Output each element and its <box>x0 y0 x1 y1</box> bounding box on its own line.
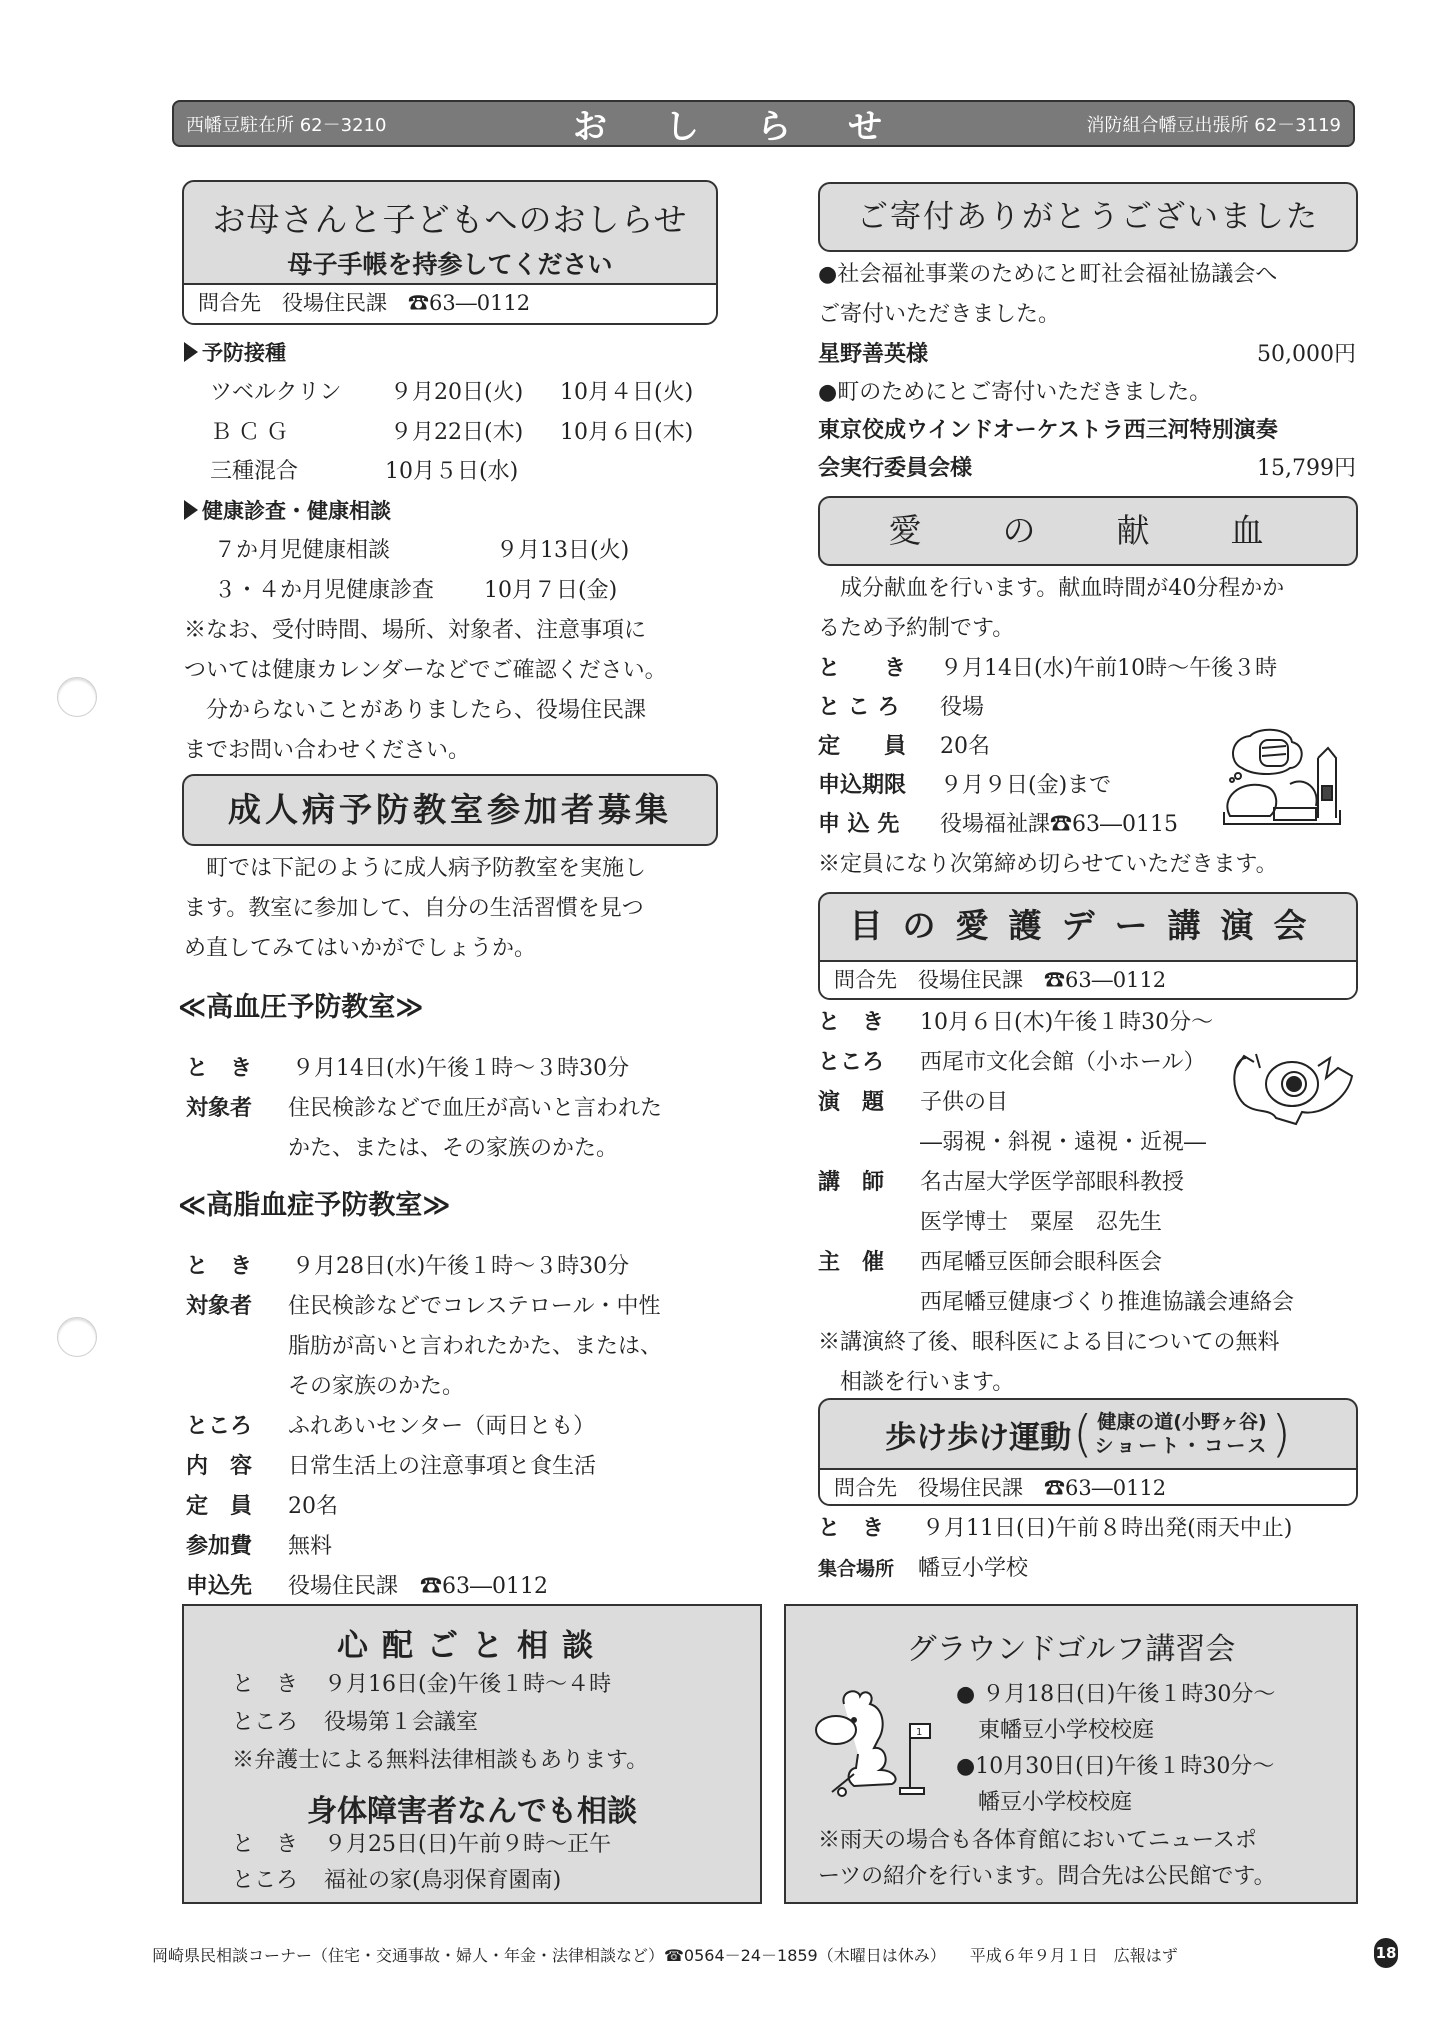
disabled-place: ところ福祉の家(鳥羽保育園南) <box>232 1870 561 1892</box>
eye-row: 西尾幡豆健康づくり推進協議会連絡会 <box>920 1292 1294 1314</box>
walking-title-row: 歩け歩け運動 ( 健康の道(小野ヶ谷) ショート・コース ) <box>820 1400 1356 1468</box>
hypertension-when: と き９月14日(水)午後１時～３時30分 <box>186 1058 629 1080</box>
donation-heading-box: ご寄付ありがとうございました <box>818 182 1358 252</box>
eye-row: ―弱視・斜視・遠視・近視― <box>920 1132 1206 1154</box>
detail-capacity: 定 員20名 <box>186 1496 338 1518</box>
blood-title: 愛 の 献 血 <box>820 498 1356 564</box>
ground-golf-box: グラウンドゴルフ講習会 ● ９月18日(日)午後１時30分～ 東幡豆小学校校庭 … <box>784 1604 1358 1904</box>
eye-note: ※講演終了後、眼科医による目についての無料 <box>818 1332 1280 1354</box>
note-line: 分からないことがありましたら、役場住民課 <box>184 700 646 722</box>
triangle-bullet-icon <box>184 500 198 520</box>
disabled-when: と き９月25日(日)午前９時～正午 <box>232 1834 611 1856</box>
walking-when: と き９月11日(日)午前８時出発(雨天中止) <box>818 1518 1292 1540</box>
ground-golf-place: 東幡豆小学校校庭 <box>978 1720 1154 1742</box>
adult-disease-title: 成人病予防教室参加者募集 <box>184 776 716 844</box>
consultation-box: 心配ごと相談 と き９月16日(金)午後１時～４時 ところ役場第１会議室 ※弁護… <box>182 1604 762 1904</box>
blood-intro: 成分献血を行います。献血時間が40分程かか <box>818 578 1284 600</box>
eye-row: 医学博士 粟屋 忍先生 <box>920 1212 1162 1234</box>
note-line: までお問い合わせください。 <box>184 740 470 762</box>
ground-golf-title: グラウンドゴルフ講習会 <box>786 1624 1356 1668</box>
sleeping-bear-illustration <box>1220 728 1344 826</box>
detail-content: 内 容日常生活上の注意事項と食生活 <box>186 1456 596 1478</box>
blood-row-deadline: 申込期限９月９日(金)まで <box>818 775 1111 797</box>
triangle-bullet-icon <box>184 342 198 362</box>
detail-apply: 申込先役場住民課 ☎63―0112 <box>186 1576 548 1598</box>
walking-close-paren: ) <box>1271 1405 1291 1463</box>
eye-note: 相談を行います。 <box>818 1372 1014 1394</box>
blood-row-apply: 申 込 先役場福祉課☎63―0115 <box>818 814 1178 836</box>
ground-golf-place: 幡豆小学校校庭 <box>978 1792 1132 1814</box>
header-fire-station: 消防組合幡豆出張所 62－3119 <box>1087 111 1341 137</box>
donor-row: 星野善英様50,000円 <box>818 344 1356 366</box>
hyperlipidemia-heading: ≪高脂血症予防教室≫ <box>178 1192 451 1219</box>
mother-child-heading-box: お母さんと子どもへのおしらせ 母子手帳を持参してください 問合先 役場住民課 ☎… <box>182 180 718 325</box>
ground-golf-date: ●10月30日(日)午後１時30分～ <box>956 1756 1274 1778</box>
disabled-consultation-title: 身体障害者なんでも相談 <box>184 1786 760 1830</box>
detail-place: ところふれあいセンター（両日とも） <box>186 1416 595 1438</box>
checkup-row: ３・４か月児健康診査10月７日(金) <box>214 580 617 602</box>
checkup-row: ７か月児健康相談９月13日(火) <box>214 540 629 562</box>
eye-row: と き10月６日(木)午後１時30分～ <box>818 1012 1213 1034</box>
eye-row: 主 催西尾幡豆医師会眼科医会 <box>818 1252 1162 1274</box>
header-bar: 西幡豆駐在所 62－3210 おしらせ 消防組合幡豆出張所 62－3119 <box>172 100 1355 147</box>
hypertension-target: 対象者住民検診などで血圧が高いと言われた <box>186 1098 662 1120</box>
donation-title: ご寄付ありがとうございました <box>820 184 1356 250</box>
checkup-heading: 健康診査・健康相談 <box>184 500 391 522</box>
walking-heading-box: 歩け歩け運動 ( 健康の道(小野ヶ谷) ショート・コース ) 問合先 役場住民課… <box>818 1398 1358 1506</box>
page-title: おしらせ <box>573 99 940 148</box>
hypertension-heading: ≪高血圧予防教室≫ <box>178 994 424 1021</box>
ground-golf-note: ※雨天の場合も各体育館においてニュースポ <box>818 1830 1257 1852</box>
bird-golfer-illustration: 1 <box>814 1684 932 1800</box>
note-line: ※なお、受付時間、場所、対象者、注意事項に <box>184 620 646 642</box>
eye-row: 講 師名古屋大学医学部眼科教授 <box>818 1172 1184 1194</box>
donation-line: ●社会福祉事業のためにと町社会福祉協議会へ <box>818 264 1277 286</box>
consultation-note: ※弁護士による無料法律相談もあります。 <box>232 1750 648 1772</box>
hyperlipidemia-when: と き９月28日(水)午後１時～３時30分 <box>186 1256 629 1278</box>
walking-title: 歩け歩け運動 <box>885 1412 1071 1457</box>
hyperlipidemia-target-cont: その家族のかた。 <box>288 1376 464 1398</box>
eye-row: ところ西尾市文化会館（小ホール） <box>818 1052 1206 1074</box>
mother-child-title: お母さんと子どもへのおしらせ <box>184 194 716 241</box>
donor-row: 会実行委員会様15,799円 <box>818 458 1356 480</box>
consultation-place: ところ役場第１会議室 <box>232 1712 478 1734</box>
blood-row-place: と こ ろ役場 <box>818 697 984 719</box>
punch-hole-lower <box>57 1317 97 1357</box>
eye-row: 演 題子供の目 <box>818 1092 1008 1114</box>
hyperlipidemia-target-cont: 脂肪が高いと言われたかた、または、 <box>288 1336 662 1358</box>
punch-hole-upper <box>57 677 97 717</box>
donation-line: ●町のためにとご寄付いただきました。 <box>818 382 1211 404</box>
adult-disease-heading-box: 成人病予防教室参加者募集 <box>182 774 718 846</box>
vaccination-row: ＢＣＧ９月22日(木)10月６日(木) <box>210 422 693 444</box>
blood-heading-box: 愛 の 献 血 <box>818 496 1358 566</box>
consultation-title: 心配ごと相談 <box>184 1620 760 1665</box>
donor-name: 東京佼成ウインドオーケストラ西三河特別演奏 <box>818 420 1278 442</box>
intro-line: め直してみてはいかがでしょうか。 <box>184 938 536 960</box>
walking-subtitle: 健康の道(小野ヶ谷) ショート・コース <box>1095 1410 1270 1458</box>
consultation-when: と き９月16日(金)午後１時～４時 <box>232 1674 611 1696</box>
note-line: ついては健康カレンダーなどでご確認ください。 <box>184 660 667 682</box>
eye-hands-illustration <box>1226 1048 1356 1128</box>
hypertension-target-cont: かた、または、その家族のかた。 <box>288 1138 618 1160</box>
ground-golf-note: ーツの紹介を行います。問合先は公民館です。 <box>818 1866 1276 1888</box>
header-police-box: 西幡豆駐在所 62－3210 <box>186 111 386 137</box>
eye-contact: 問合先 役場住民課 ☎63―0112 <box>820 960 1356 1000</box>
intro-line: ます。教室に参加して、自分の生活習慣を見つ <box>184 898 644 920</box>
walking-contact: 問合先 役場住民課 ☎63―0112 <box>820 1468 1356 1506</box>
intro-line: 町では下記のように成人病予防教室を実施し <box>184 858 646 880</box>
page-number: 18 <box>1374 1938 1398 1968</box>
vaccination-row: ツベルクリン９月20日(火)10月４日(火) <box>210 382 693 404</box>
eye-title: 目の愛護デー講演会 <box>820 894 1356 960</box>
blood-row-when: と き９月14日(水)午前10時～午後３時 <box>818 658 1277 680</box>
walking-meeting-place: 集合場所幡豆小学校 <box>818 1558 1028 1580</box>
eye-heading-box: 目の愛護デー講演会 問合先 役場住民課 ☎63―0112 <box>818 892 1358 1000</box>
vaccination-heading: 予防接種 <box>184 342 286 364</box>
vaccination-row: 三種混合10月５日(水) <box>210 461 518 483</box>
blood-intro: るため予約制です。 <box>818 618 1014 640</box>
blood-row-capacity: 定 員20名 <box>818 736 990 758</box>
hyperlipidemia-target: 対象者住民検診などでコレステロール・中性 <box>186 1296 660 1318</box>
blood-note: ※定員になり次第締め切らせていただきます。 <box>818 854 1278 876</box>
footer-text: 岡崎県民相談コーナー（住宅・交通事故・婦人・年金・法律相談など）☎0564－24… <box>152 1943 1178 1966</box>
mother-child-contact: 問合先 役場住民課 ☎63―0112 <box>184 283 716 323</box>
walking-open-paren: ( <box>1073 1405 1093 1463</box>
detail-fee: 参加費無料 <box>186 1536 332 1558</box>
flag-number: 1 <box>916 1727 922 1738</box>
mother-child-subtitle: 母子手帳を持参してください <box>184 245 716 283</box>
ground-golf-date: ● ９月18日(日)午後１時30分～ <box>956 1684 1275 1706</box>
donation-line: ご寄付いただきました。 <box>818 304 1060 326</box>
